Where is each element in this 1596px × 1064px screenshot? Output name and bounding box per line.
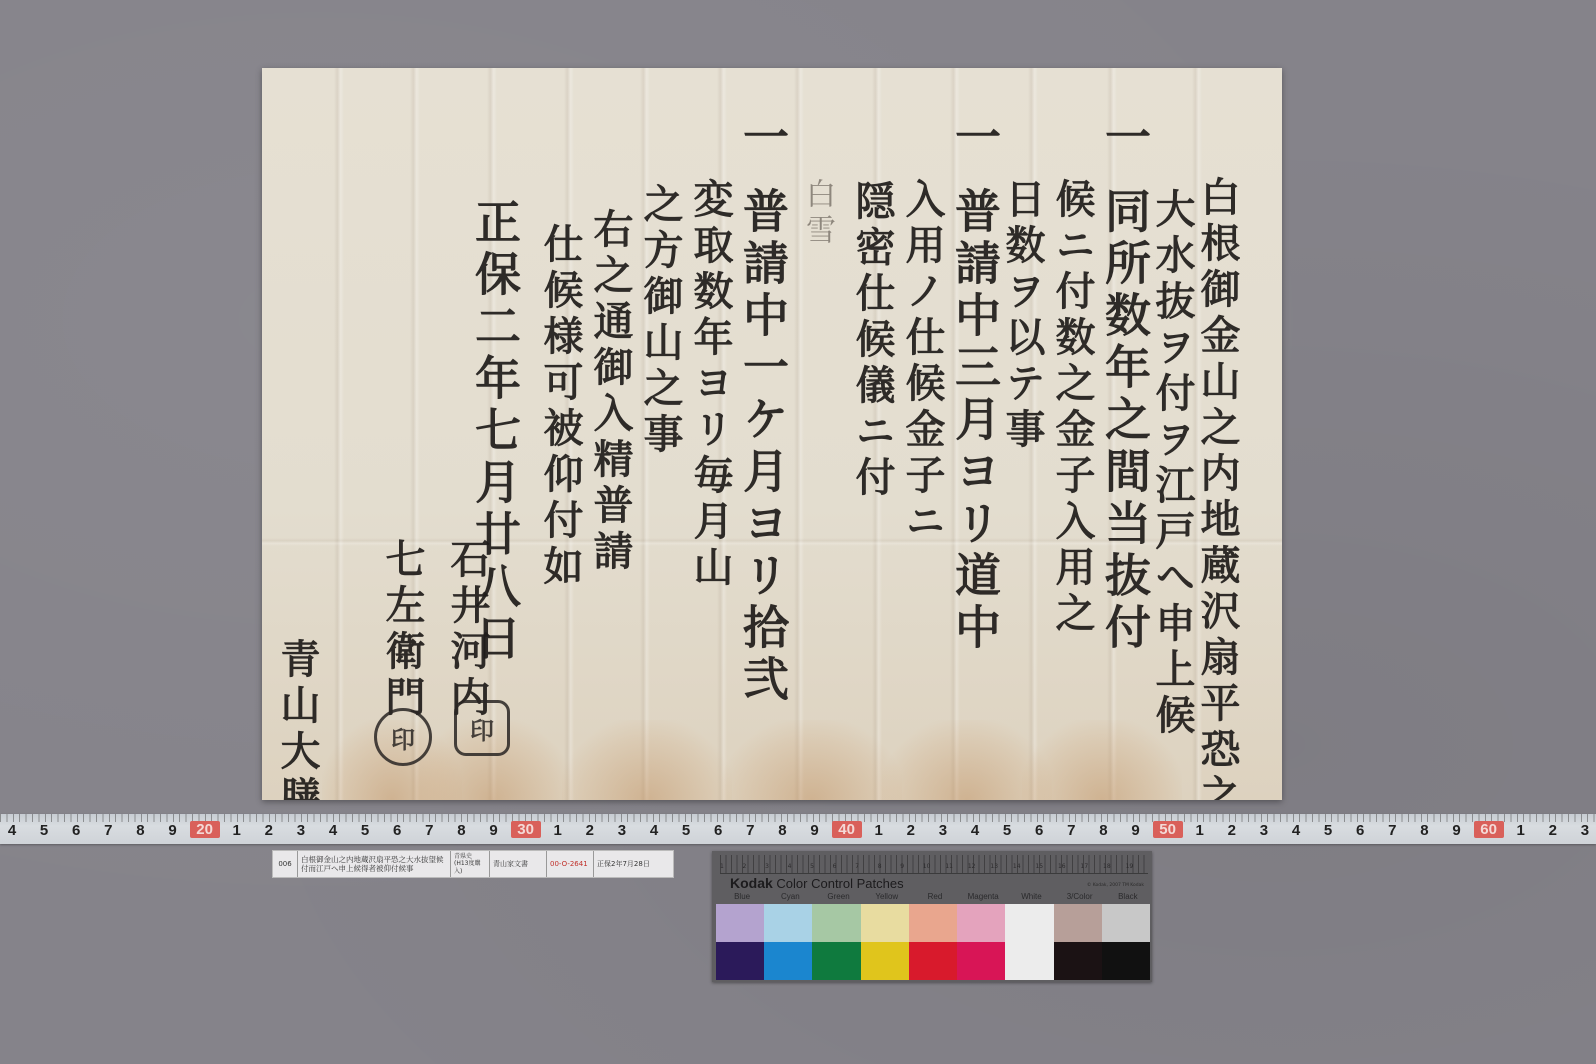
label-classification: 青県史 (H13度購入) — [451, 851, 490, 877]
ruler-number: 4 — [323, 822, 343, 839]
color-patch-dark — [716, 942, 764, 980]
color-patch-light — [812, 904, 860, 942]
ruler-number: 5 — [997, 822, 1017, 839]
handwritten-column: 一 普請中三月ヨリ道中 — [952, 113, 998, 655]
ruler-number: 2 — [1543, 822, 1563, 839]
ruler-number: 7 — [1382, 822, 1402, 839]
ruler-number: 1 — [869, 822, 889, 839]
color-patch — [1005, 904, 1053, 980]
ruler-number: 6 — [1029, 822, 1049, 839]
scale-number: 4 — [788, 863, 811, 873]
scale-number: 10 — [923, 863, 946, 873]
scale-number: 8 — [878, 863, 901, 873]
ruler-number: 4 — [1286, 822, 1306, 839]
color-patch-dark — [957, 942, 1005, 980]
water-stain — [722, 720, 902, 800]
ruler-number: 1 — [1190, 822, 1210, 839]
patch-label: Black — [1104, 892, 1152, 901]
ruler-number: 9 — [805, 822, 825, 839]
scale-number: 7 — [855, 863, 878, 873]
patch-column-cyan — [764, 904, 812, 980]
ruler-number: 8 — [1414, 822, 1434, 839]
ruler-number: 1 — [548, 822, 568, 839]
handwritten-column: 日数ヲ以テ事 — [1002, 178, 1042, 454]
ruler-number: 6 — [387, 822, 407, 839]
measuring-ruler: 4567892012345678930123456789401234567895… — [0, 814, 1596, 844]
ruler-ticks — [0, 814, 1596, 822]
ruler-number: 1 — [1511, 822, 1531, 839]
color-patch-dark — [812, 942, 860, 980]
ruler-number: 7 — [98, 822, 118, 839]
ruler-number: 2 — [901, 822, 921, 839]
scale-number: 6 — [833, 863, 856, 873]
handwritten-column: 白根御金山之内地蔵沢扇平恐之 — [1197, 176, 1237, 800]
handwritten-column: 候ニ付数之金子入用之 — [1052, 178, 1092, 638]
label-id: 006 — [273, 851, 298, 877]
scale-number: 17 — [1081, 863, 1104, 873]
color-patch-light — [861, 904, 909, 942]
patch-column-red — [909, 904, 957, 980]
color-patch-dark — [1054, 942, 1102, 980]
ruler-major-number: 30 — [511, 821, 541, 838]
patch-names: BlueCyanGreenYellowRedMagentaWhite3/Colo… — [718, 892, 1152, 901]
ruler-number: 8 — [772, 822, 792, 839]
scale-number: 19 — [1126, 863, 1149, 873]
ruler-number: 5 — [355, 822, 375, 839]
handwritten-column: 変取数年ヨリ毎月山 — [690, 178, 730, 592]
ruler-number: 3 — [291, 822, 311, 839]
ruler-number: 5 — [34, 822, 54, 839]
patch-column-green — [812, 904, 860, 980]
scale-number: 5 — [810, 863, 833, 873]
label-date: 正保2年7月28日 — [594, 851, 673, 877]
ruler-major-number: 40 — [832, 821, 862, 838]
square-seal: 印 — [454, 700, 510, 756]
chart-subtitle: Color Control Patches — [776, 876, 903, 891]
color-patch-dark — [764, 942, 812, 980]
color-patch-dark — [1102, 942, 1150, 980]
ruler-number: 3 — [1575, 822, 1595, 839]
patch-column-blue — [716, 904, 764, 980]
ruler-major-number: 50 — [1153, 821, 1183, 838]
patch-column-black — [1102, 904, 1150, 980]
ruler-number: 5 — [676, 822, 696, 839]
historical-document: 白根御金山之内地蔵沢扇平恐之大水抜ヲ付ヲ江戸へ申上候一 同所数年之間当抜付候ニ付… — [262, 68, 1282, 800]
handwritten-column: 石井河内 — [447, 538, 487, 722]
ruler-number: 7 — [419, 822, 439, 839]
ruler-number: 9 — [163, 822, 183, 839]
patch-label: White — [1007, 892, 1055, 901]
ruler-number: 7 — [1061, 822, 1081, 839]
ruler-number: 2 — [259, 822, 279, 839]
scale-number: 18 — [1103, 863, 1126, 873]
ruler-number: 9 — [1447, 822, 1467, 839]
color-patch-light — [1054, 904, 1102, 942]
color-patch-light — [716, 904, 764, 942]
handwritten-column: 入用ノ仕候金子ニ — [902, 178, 942, 546]
ruler-number: 4 — [965, 822, 985, 839]
paper-fold — [334, 68, 344, 800]
color-patch-light — [909, 904, 957, 942]
ruler-number: 9 — [1126, 822, 1146, 839]
color-patches — [716, 904, 1150, 980]
scale-number: 14 — [1013, 863, 1036, 873]
ruler-number: 6 — [1350, 822, 1370, 839]
patch-column-3-color — [1054, 904, 1102, 980]
color-patch-dark — [909, 942, 957, 980]
ruler-number: 9 — [484, 822, 504, 839]
scale-number: 3 — [765, 863, 788, 873]
color-patch-light — [764, 904, 812, 942]
patch-label: Yellow — [863, 892, 911, 901]
ruler-number: 1 — [227, 822, 247, 839]
kodak-logo: Kodak — [730, 875, 773, 891]
patch-column-magenta — [957, 904, 1005, 980]
chart-copyright: © Kodak, 2007 TM Kodak — [1087, 883, 1144, 888]
handwritten-column: 七左衛門 — [382, 538, 422, 722]
ruler-number: 8 — [130, 822, 150, 839]
ruler-number: 2 — [580, 822, 600, 839]
ruler-number: 6 — [66, 822, 86, 839]
ruler-number: 5 — [1318, 822, 1338, 839]
patch-column-white — [1005, 904, 1053, 980]
archive-label-card: 006 白根御金山之内地蔵沢扇平恐之大水抜望候付而江戸へ申上候得者被仰付候事 青… — [272, 850, 674, 878]
kodak-color-chart: 12345678910111213141516171819 Kodak Colo… — [712, 851, 1152, 982]
patch-label: Blue — [718, 892, 766, 901]
color-patch-light — [1102, 904, 1150, 942]
round-seal: 印 — [374, 708, 432, 766]
ruler-number: 3 — [933, 822, 953, 839]
chart-scale-numbers: 12345678910111213141516171819 — [720, 863, 1148, 873]
ruler-number: 4 — [2, 822, 22, 839]
color-patch-light — [957, 904, 1005, 942]
ruler-number: 6 — [708, 822, 728, 839]
scale-number: 13 — [990, 863, 1013, 873]
handwritten-column: 白雪 — [802, 178, 832, 250]
water-stain — [562, 720, 732, 800]
ruler-number: 3 — [612, 822, 632, 839]
ruler-number: 8 — [451, 822, 471, 839]
handwritten-column: 隠密仕候儀ニ付 — [852, 180, 892, 502]
color-patch-dark — [861, 942, 909, 980]
patch-column-yellow — [861, 904, 909, 980]
patch-label: Cyan — [766, 892, 814, 901]
handwritten-column: 之方御山之事 — [640, 183, 680, 459]
ruler-number: 7 — [740, 822, 760, 839]
handwritten-column: 大水抜ヲ付ヲ江戸へ申上候 — [1152, 188, 1192, 740]
scale-number: 9 — [900, 863, 923, 873]
ruler-number: 8 — [1093, 822, 1113, 839]
scale-number: 12 — [968, 863, 991, 873]
patch-label: 3/Color — [1056, 892, 1104, 901]
handwritten-column: 一 普請中一ケ月ヨリ拾弐 — [740, 113, 786, 707]
patch-label: Red — [911, 892, 959, 901]
label-code: 00-O-2641 — [547, 851, 594, 877]
label-title: 白根御金山之内地蔵沢扇平恐之大水抜望候付而江戸へ申上候得者被仰付候事 — [298, 851, 451, 877]
scale-number: 1 — [720, 863, 743, 873]
handwritten-column: 仕候様可被仰付如 — [540, 223, 580, 591]
scale-number: 2 — [743, 863, 766, 873]
ruler-major-number: 20 — [190, 821, 220, 838]
patch-label: Magenta — [959, 892, 1007, 901]
patch-label: Green — [814, 892, 862, 901]
ruler-major-number: 60 — [1474, 821, 1504, 838]
scale-number: 16 — [1058, 863, 1081, 873]
handwritten-column: 青山大膳 — [277, 638, 317, 800]
handwritten-column: 右之通御入精普請 — [590, 208, 630, 576]
label-collection: 青山家文書 — [490, 851, 547, 877]
ruler-number: 2 — [1222, 822, 1242, 839]
ruler-number: 3 — [1254, 822, 1274, 839]
handwritten-column: 一 同所数年之間当抜付 — [1102, 113, 1148, 655]
scale-number: 15 — [1035, 863, 1058, 873]
chart-title: Kodak Color Control Patches — [730, 875, 904, 891]
ruler-number: 4 — [644, 822, 664, 839]
scale-number: 11 — [945, 863, 968, 873]
